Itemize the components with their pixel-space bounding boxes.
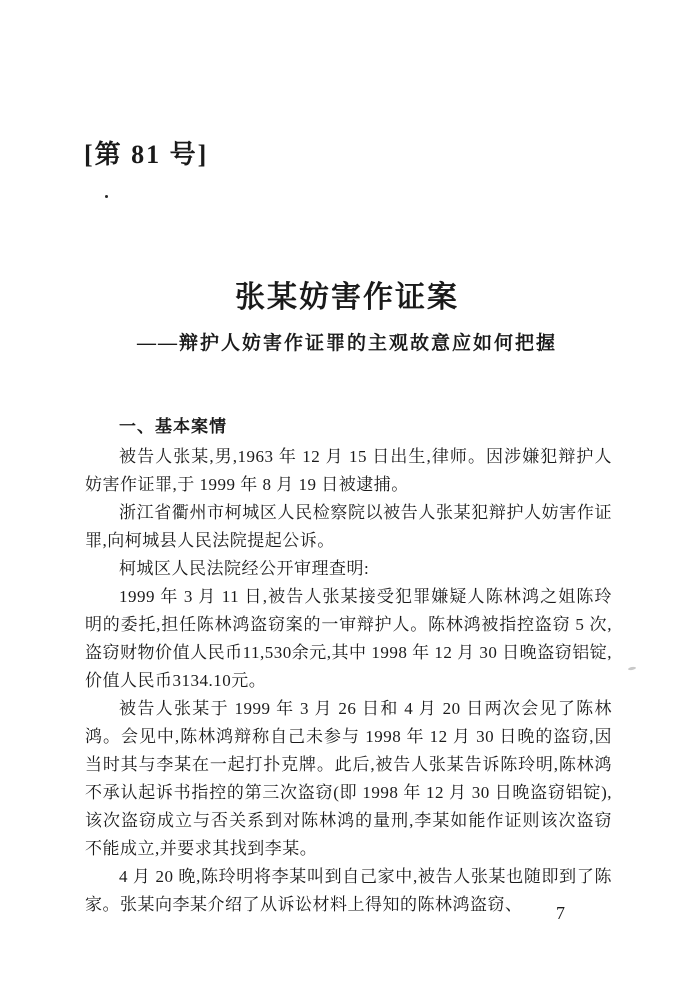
- case-number-label: [第 81 号]: [84, 134, 208, 171]
- paragraph: 浙江省衢州市柯城区人民检察院以被告人张某犯辩护人妨害作证罪,向柯城县人民法院提起…: [85, 499, 612, 555]
- scan-smudge: [628, 666, 636, 670]
- page-number: 7: [556, 903, 565, 924]
- document-page: [第 81 号] 张某妨害作证案 ——辩护人妨害作证罪的主观故意应如何把握 一、…: [0, 0, 694, 999]
- paragraph: 1999 年 3 月 11 日,被告人张某接受犯罪嫌疑人陈林鸿之姐陈玲明的委托,…: [85, 583, 612, 695]
- case-title: 张某妨害作证案: [0, 272, 694, 316]
- paragraph: 被告人张某,男,1963 年 12 月 15 日出生,律师。因涉嫌犯辩护人妨害作…: [85, 443, 612, 499]
- paragraph: 4 月 20 晚,陈玲明将李某叫到自己家中,被告人张某也随即到了陈家。张某向李某…: [85, 863, 612, 919]
- paragraph: 被告人张某于 1999 年 3 月 26 日和 4 月 20 日两次会见了陈林鸿…: [85, 695, 612, 863]
- body-content: 一、基本案情 被告人张某,男,1963 年 12 月 15 日出生,律师。因涉嫌…: [85, 412, 612, 919]
- paragraph: 柯城区人民法院经公开审理查明:: [85, 555, 612, 583]
- case-subtitle: ——辩护人妨害作证罪的主观故意应如何把握: [0, 328, 694, 355]
- section-heading: 一、基本案情: [85, 412, 612, 437]
- print-artifact-dot: [105, 195, 108, 198]
